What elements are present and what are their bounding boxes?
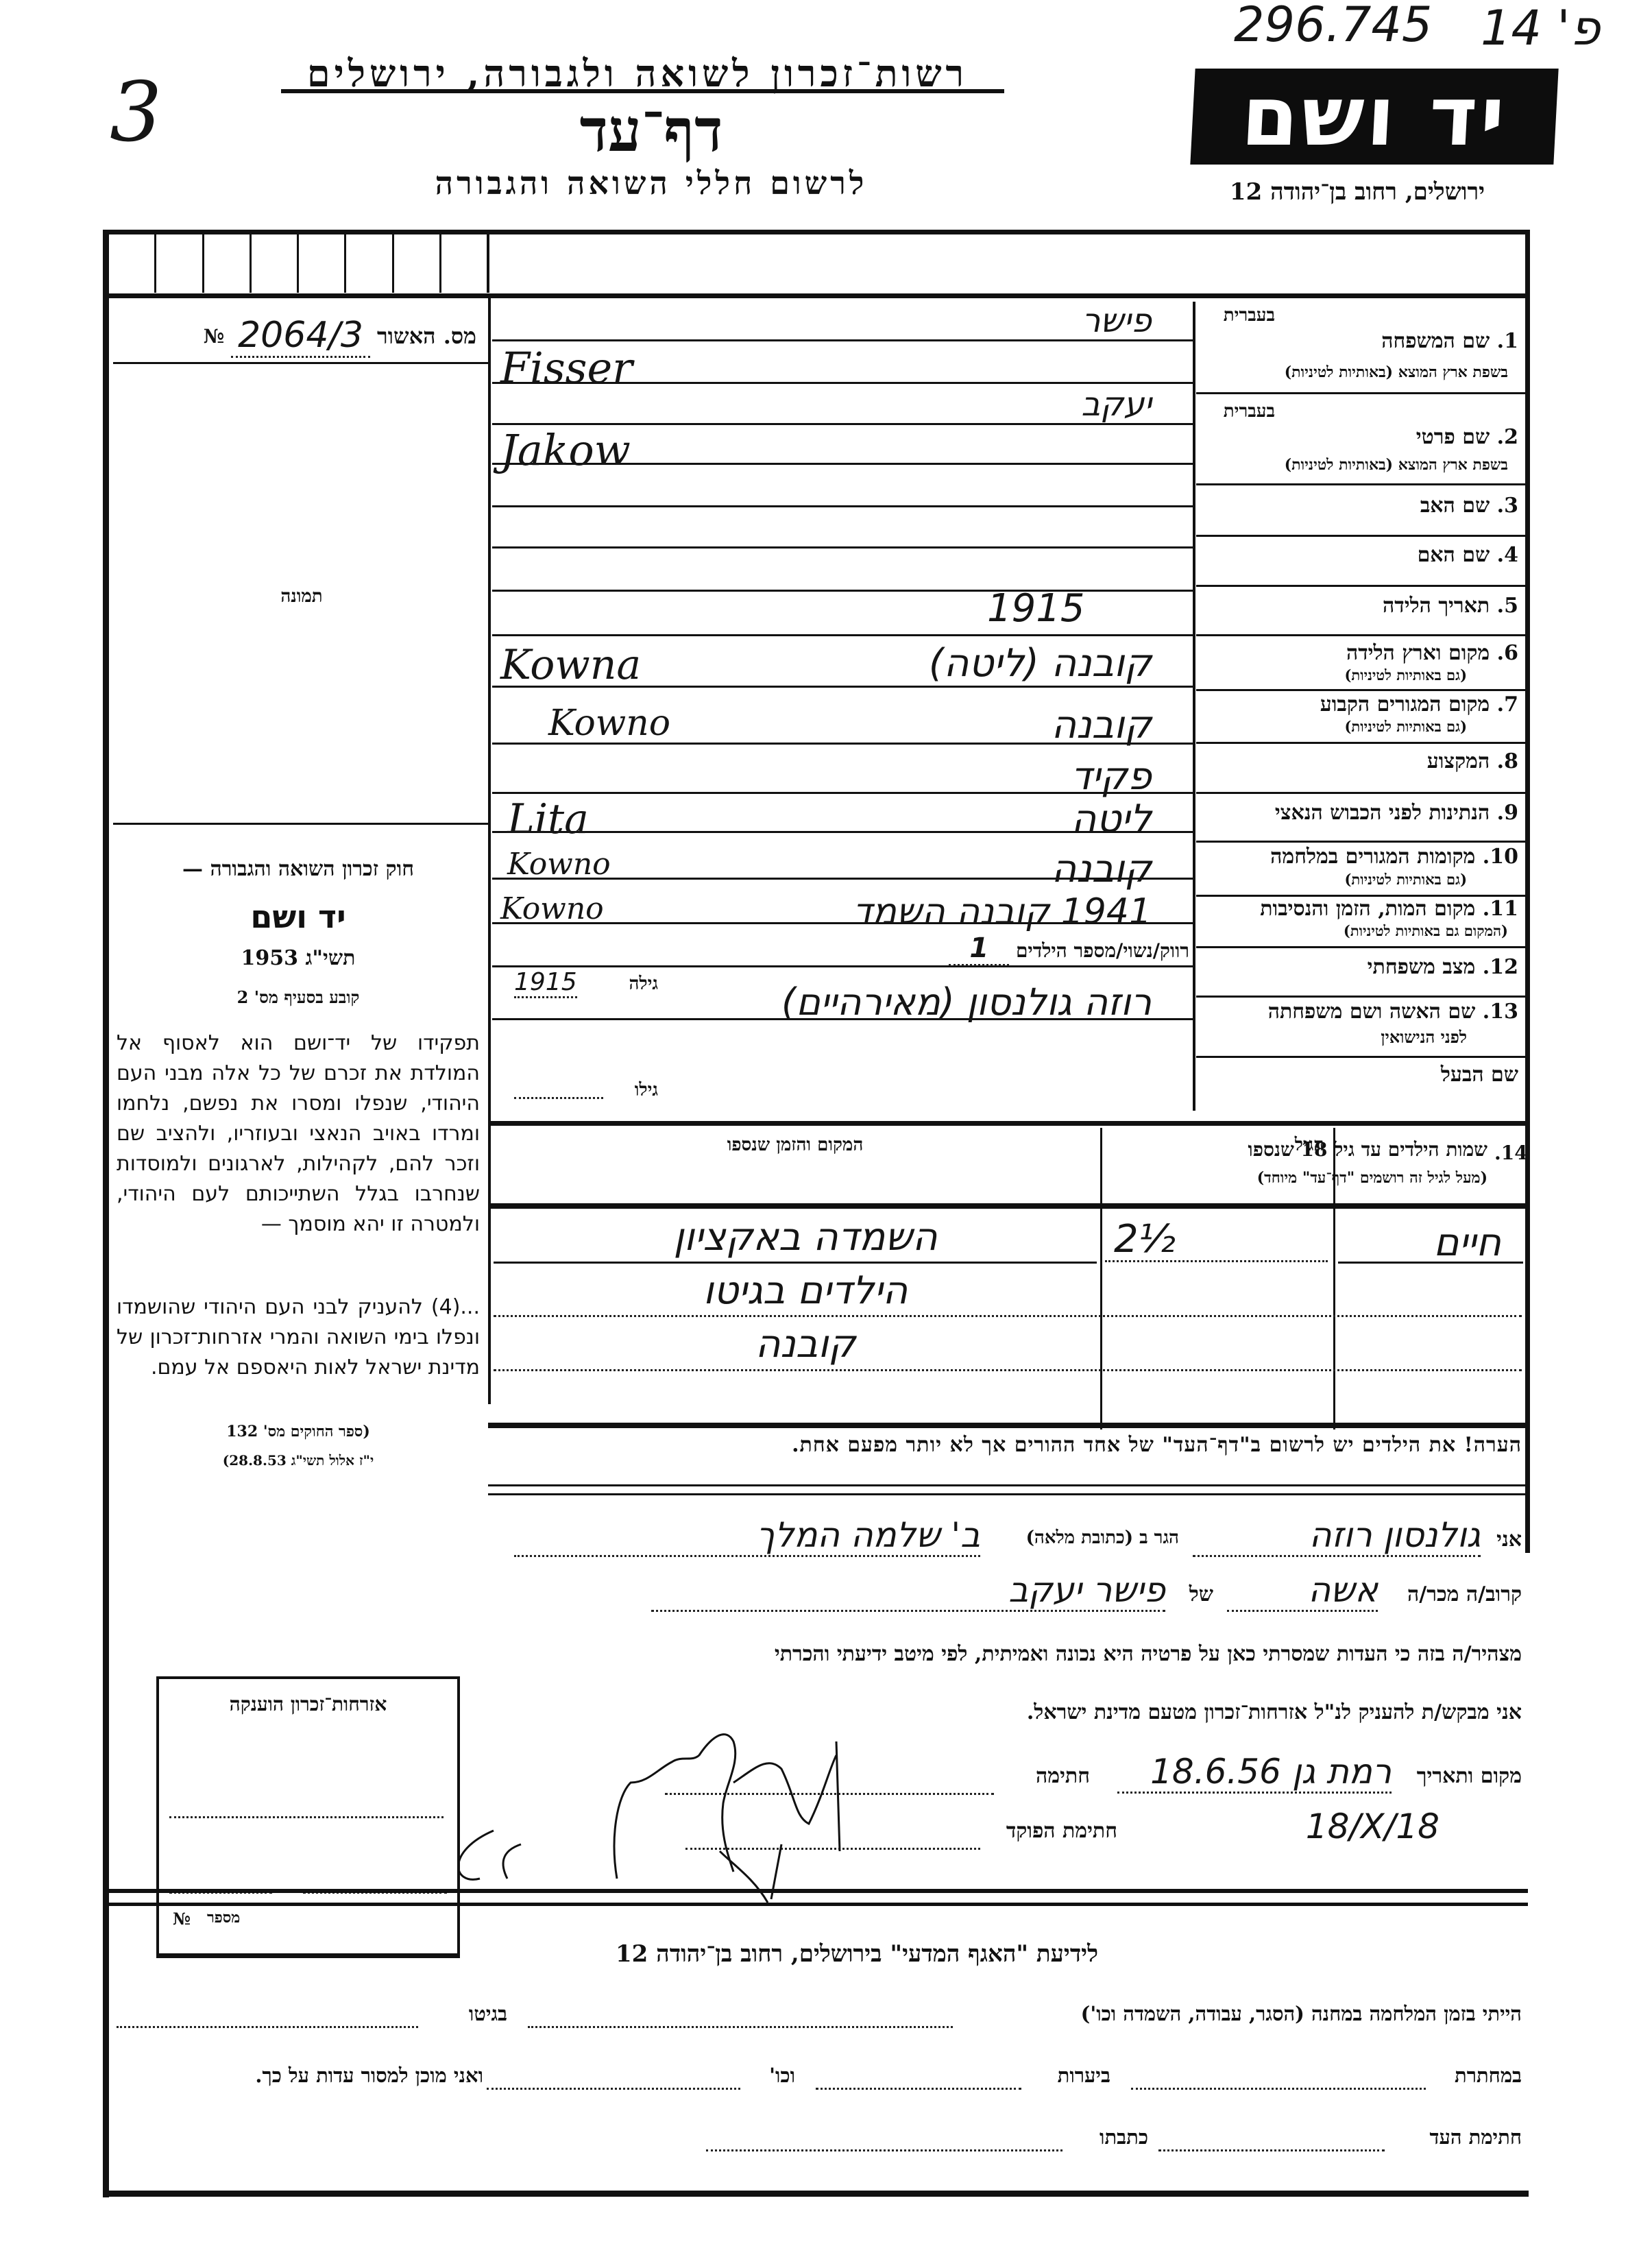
yad-vashem-logo: יד ושם <box>1190 69 1558 165</box>
signature-scribble-icon <box>411 1714 891 1906</box>
field-rule <box>1196 392 1525 394</box>
camp-input[interactable] <box>528 2026 953 2028</box>
field-rule <box>1196 841 1525 843</box>
of-value: פישר יעקב <box>651 1570 1165 1612</box>
field-2-label: 2. שם פרטי <box>1206 425 1518 449</box>
children-row-rule <box>494 1369 1522 1371</box>
field-1-sub: בשפת ארץ המוצא (באותיות לטיניות) <box>1193 363 1508 381</box>
field-5-label: 5. תאריך הלידה <box>1206 594 1518 618</box>
birth-place-latin: Kowna <box>500 641 641 689</box>
field-12-label: 12. מצב משפחתי <box>1206 955 1518 979</box>
declaration-line-1: אני גולנסון רוזה הגר ב (כתובת מלאה) ב' ש… <box>480 1515 1522 1563</box>
witness-address-input[interactable] <box>706 2149 1062 2151</box>
underground-input[interactable] <box>1131 2088 1426 2090</box>
ready-to-testify: ואני מוכן למסור עדות על כך. <box>255 2064 483 2088</box>
relation-value: אשה <box>1227 1570 1378 1612</box>
signature-label: חתימה <box>1036 1764 1090 1788</box>
officer-label: חתימת הפוקד <box>1006 1819 1117 1843</box>
field-1-hebrew-tag: בעברית <box>1206 305 1275 326</box>
field-6-sub: (גם באותיות לטיניות) <box>1193 666 1467 684</box>
law-year: תשי"ג 1953 <box>117 946 480 970</box>
citizenship-line[interactable] <box>169 1816 444 1818</box>
wartime-residence-hebrew: קובנה <box>823 847 1152 891</box>
children-subtitle: (מעל לגיל זה רושמים "דף־עד" מיוחד) <box>1104 1169 1487 1187</box>
children-col-divider-1 <box>1100 1128 1102 1430</box>
children-row-rule <box>494 1315 1522 1317</box>
field-rule <box>1196 742 1525 744</box>
approval-number: 2064/3 <box>231 315 370 358</box>
camp-label: הייתי בזמן המלחמה במחנה (הסגר, עבודה, הש… <box>1081 2002 1522 2026</box>
field-label-text: שם פרטי <box>1416 425 1490 449</box>
witness-signature-input[interactable] <box>1158 2149 1385 2151</box>
field-3-label: 3. שם האב <box>1206 494 1518 518</box>
field-rule <box>1196 689 1525 691</box>
field-2-sub: בשפת ארץ המוצא (באותיות לטיניות) <box>1193 456 1508 474</box>
residence-latin: Kowno <box>548 703 670 744</box>
note-bottom-rule <box>488 1484 1527 1486</box>
etc-label: וכו' <box>769 2064 795 2088</box>
frame-bottom <box>103 2191 1529 2197</box>
citizenship-no-symbol: № <box>173 1909 191 1929</box>
child-name: חיים <box>1344 1220 1501 1265</box>
approval-rule <box>113 362 489 364</box>
citizenship-box: אזרחות־זכרון הוענקה № מספר <box>156 1676 460 1958</box>
first-name-hebrew: יעקב <box>823 385 1152 424</box>
husband-age-dots <box>514 1097 603 1099</box>
death-place-latin: Kowno <box>500 891 604 926</box>
form-subtitle: לרשום חללי השואה והגבורה <box>343 165 960 202</box>
husband-label: שם הבעל <box>1206 1063 1518 1087</box>
field-rule <box>1196 483 1525 485</box>
field-11-sub: (המקום גם באותיות לטיניות) <box>1193 922 1508 940</box>
frame-left <box>103 230 109 2197</box>
place-date-label: מקום ותאריך <box>1417 1764 1522 1788</box>
children-row-rule <box>494 1262 1097 1264</box>
witness-signature-label: חתימת העד <box>1430 2125 1522 2149</box>
relation-label: קרוב/ה מכר/ה <box>1407 1582 1522 1606</box>
field-10-sub: (גם באותיות לטיניות) <box>1193 871 1467 889</box>
field-rule <box>1196 996 1525 998</box>
forests-input[interactable] <box>816 2088 1021 2090</box>
address-value: ב' שלמה המלך <box>514 1515 980 1557</box>
field-rule <box>1196 1056 1525 1058</box>
photo-bottom-rule <box>113 823 489 825</box>
field-2-hebrew-tag: בעברית <box>1206 401 1275 422</box>
col-place-header: המקום והזמן שנספו <box>494 1135 1097 1155</box>
field-11-label: 11. מקום המות, הזמן והנסיבות <box>1206 897 1518 921</box>
form-title: דף־עד <box>411 96 891 165</box>
field-rule <box>1196 585 1525 587</box>
birth-date-value: 1915 <box>987 586 1085 631</box>
profession-value: פקיד <box>823 754 1152 799</box>
nationality-latin: Lita <box>507 795 589 843</box>
death-place-hebrew: 1941 קובנה השמד <box>685 891 1152 932</box>
photo-label: תמונה <box>226 586 377 607</box>
birth-place-hebrew: קובנה (ליטה) <box>781 641 1152 686</box>
field-number: 1. <box>1497 329 1518 353</box>
address: ירושלים, רחוב בן־יהודה 12 <box>1179 178 1535 206</box>
field-4-label: 4. שם האם <box>1206 543 1518 567</box>
frame-top <box>103 230 1529 234</box>
field-label-text: שם המשפחה <box>1381 329 1490 353</box>
left-panel-divider <box>488 293 491 1404</box>
place-date-value: רמת גן 18.6.56 <box>1117 1752 1392 1794</box>
note-text: הערה! את הילדים יש לרשום ב"דף־העד" של אח… <box>500 1433 1522 1457</box>
field-number: 2. <box>1497 425 1518 449</box>
wife-name-value: רוזה גולנסון (מאירהיים) <box>562 980 1152 1024</box>
note-bottom-rule-2 <box>488 1493 1527 1495</box>
of-label: של <box>1189 1582 1213 1606</box>
children-top-rule <box>488 1121 1527 1126</box>
law-ref-2: י"ז אלול תשי"ג 28.8.53) <box>117 1452 480 1469</box>
code-boxes <box>109 234 489 293</box>
field-13-label: 13. שם האשה ושם משפחתה <box>1206 1000 1518 1024</box>
declaration-bottom-rule <box>109 1889 1528 1893</box>
ghetto-label: בגיטו <box>469 2002 507 2026</box>
wartime-residence-latin: Kowno <box>507 847 611 882</box>
field-rule <box>1196 946 1525 948</box>
first-name-latin: Jakow <box>500 425 631 475</box>
approval-label: מס. האשור <box>377 323 476 349</box>
labels-divider <box>1193 302 1195 1111</box>
resides-label: הגר ב (כתובת מלאה) <box>1026 1528 1179 1548</box>
margin-mark: 3 <box>110 65 162 160</box>
status-options-text: רווק/נשוי/מספר הילדים <box>1016 939 1189 962</box>
underground-label: במחתרת <box>1455 2064 1522 2088</box>
note-top-rule <box>488 1423 1527 1428</box>
field-9-label: 9. הנתינות לפני הכבוש הנאצי <box>1206 801 1518 825</box>
footer-line-3: חתימת העד כתבתו <box>110 2119 1522 2160</box>
husband-age-label: גילו <box>610 1080 658 1100</box>
child-death-place-line-2: הילדים בגיטו <box>521 1268 1090 1313</box>
law-paragraph-2: ...(4) להעניק לבני העם היהודי שהושמדו ונ… <box>117 1292 480 1383</box>
archive-number: 296.745 <box>1234 0 1432 53</box>
children-number: 14. <box>1494 1142 1528 1164</box>
footer-line-1: הייתי בזמן המלחמה במחנה (הסגר, עבודה, הש… <box>110 1995 1522 2036</box>
field-rule <box>1196 634 1525 636</box>
law-name: יד ושם <box>117 898 480 935</box>
family-name-latin: Fisser <box>500 343 633 393</box>
frame-right <box>1525 230 1530 1553</box>
field-rule <box>1196 535 1525 537</box>
children-header-rule <box>488 1203 1527 1209</box>
field-8-label: 8. המקצוע <box>1206 749 1518 773</box>
field-7-sub: (גם באותיות לטיניות) <box>1193 718 1467 736</box>
residence-hebrew: קובנה <box>823 703 1152 747</box>
declaration-bottom-rule-2 <box>109 1903 1528 1906</box>
ghetto-input[interactable] <box>117 2026 418 2028</box>
nationality-hebrew: ליטה <box>823 797 1152 841</box>
law-section: קובע בסעיף מס' 2 <box>117 987 480 1008</box>
law-paragraph-1: תפקידו של יד־ושם הוא לאסוף אל המולדת את … <box>117 1028 480 1240</box>
child-death-place-line-3: קובנה <box>521 1322 1090 1366</box>
family-name-hebrew: פישר <box>823 302 1152 340</box>
children-count: 1 <box>949 932 1009 966</box>
etc-input[interactable] <box>487 2088 740 2090</box>
marital-status-options: רווק/נשוי/מספר הילדים 1 <box>685 932 1189 964</box>
field-10-label: 10. מקומות המגורים במלחמה <box>1206 845 1518 869</box>
child-death-place-line-1: השמדה באקציון <box>521 1215 1090 1259</box>
witness-address-label: כתבתו <box>1100 2125 1148 2149</box>
logo-text: יד ושם <box>1239 69 1510 165</box>
officer-date-value: 18/X/18 <box>1165 1807 1440 1846</box>
declaration-line-2: קרוב/ה מכר/ה אשה של פישר יעקב <box>480 1570 1522 1618</box>
law-ref-1: (ספר החוקים מס' 132 <box>117 1423 480 1440</box>
footer-line-2: במחתרת ביערות וכו' ואני מוכן למסור עדות … <box>110 2057 1522 2098</box>
ani-label: אני <box>1496 1528 1522 1552</box>
row-rule-top <box>109 293 1528 298</box>
field-13-sub: לפני הנישואין <box>1193 1027 1467 1048</box>
footer-title: לידיעת "האגף המדעי" בירושלים, רחוב בן־יה… <box>411 1940 1302 1968</box>
child-age: 2½ <box>1114 1217 1176 1262</box>
archive-note: פ' 14 <box>1481 0 1600 56</box>
field-rule <box>1196 792 1525 794</box>
citizenship-number-label: מספר <box>207 1909 240 1927</box>
forests-label: ביערות <box>1058 2064 1110 2088</box>
field-7-label: 7. מקום המגורים הקבוע <box>1206 692 1518 716</box>
law-title: חוק זכרון השואה והגבורה — <box>117 857 480 881</box>
approval-row: מס. האשור 2064/3 № <box>123 315 476 357</box>
citizenship-box-title: אזרחות־זכרון הוענקה <box>159 1693 457 1716</box>
header-rule <box>281 89 1004 93</box>
statement-1: מצהיר/ה בזה כי העדות שמסרתי כאן על פרטיה… <box>500 1642 1522 1666</box>
field-1-label: 1. שם המשפחה <box>1206 329 1518 353</box>
col-age-header: הגיל <box>1289 1135 1330 1155</box>
approval-no-symbol: № <box>204 325 224 348</box>
field-6-label: 6. מקום וארץ הלידה <box>1206 641 1518 665</box>
declarant-name: גולנסון רוזה <box>1193 1515 1481 1557</box>
